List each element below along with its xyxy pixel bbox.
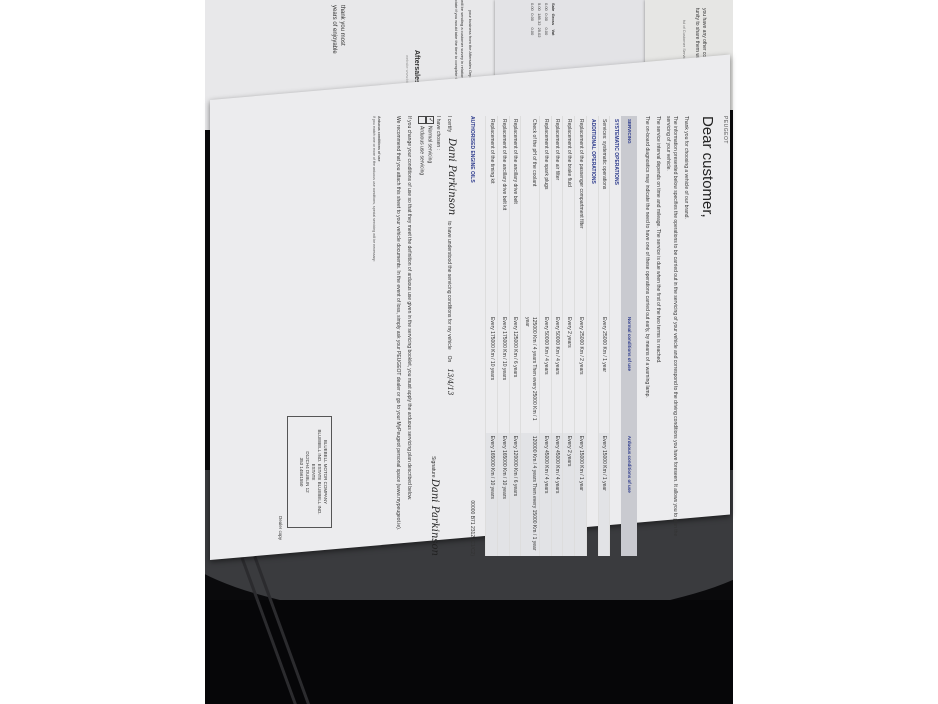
signature-label: Signature (430, 456, 436, 477)
years-text: years of enjoyable (331, 5, 337, 54)
invoice-header: Gross (550, 12, 557, 26)
engine-oils-row: AUTHORISED ENGINE OILS 00000 B71 2312 (C… (468, 116, 475, 556)
arduous-title: Arduous conditions of use (376, 116, 381, 556)
invoice-cell: 185.32 (536, 12, 543, 26)
invoice-cell: 0.00 (529, 26, 536, 38)
info-paragraph: The information presented below specifie… (665, 116, 679, 556)
car-interior-dark (205, 600, 733, 704)
normal-cell: Every 25000 Km / 1 year (598, 314, 610, 433)
signature: Dani Parkinson (429, 479, 440, 556)
operation-cell: Check of the pH of the coolant (521, 116, 540, 314)
invoice-cell: 0.00 (543, 2, 550, 12)
operation-cell: Replacement of the passenger compartment… (575, 116, 587, 314)
table-row: Check of the pH of the coolant125000 Km … (521, 116, 540, 556)
option-arduous-label: Arduous use servicing (419, 126, 425, 175)
normal-cell: Every 125000 Km / 6 years (509, 314, 521, 433)
certify-row: I certify Dani Parkinson to have underst… (445, 116, 459, 556)
invoice-header: Sale (550, 2, 557, 12)
operation-cell: Replacement of the air filter (551, 116, 563, 314)
survey-text-2: ciate if you would take the time to comp… (454, 0, 459, 83)
dealer-stamp: BLUEBELL MOTOR COMPANY BLUEBELL IND. EST… (287, 416, 332, 528)
table-row: Replacement of the spark plugsEvery 5000… (539, 116, 551, 556)
table-row: Replacement of the timing kitEvery 17500… (486, 116, 498, 556)
operation-cell: Replacement of the ancillary drive belt … (497, 116, 509, 314)
greeting: Dear customer, (697, 116, 717, 556)
table-header: SERVICING (621, 116, 637, 314)
change-paragraph: If you change your conditions of use so … (405, 116, 412, 556)
chosen-label: I have chosen : (434, 116, 441, 175)
arduous-cell: 120000 Km / 4 years Then every 15000 Km … (521, 433, 540, 556)
arduous-cell: Every 15000 Km / 1 year (598, 433, 610, 556)
invoice-cell: 0.00 (543, 26, 550, 38)
table-row: Replacement of the brake fluidEvery 2 ye… (563, 116, 575, 556)
dealer-phone: 353 14561550 (298, 417, 304, 527)
arduous-cell: Every 165000 Km / 10 years (486, 433, 498, 556)
thanks-text: thank you most (339, 5, 345, 46)
arduous-cell: Every 165000 Km / 10 years (497, 433, 509, 556)
invoice-cell: 25.02 (536, 26, 543, 38)
recommend-paragraph: We recommend that you attach this sheet … (395, 116, 402, 556)
servicing-document: PEUGEOT Dear customer, Thank you for cho… (208, 116, 728, 556)
servicing-table: SERVICING Normal conditions of use Arduo… (485, 116, 637, 556)
table-row: Replacement of the air filterEvery 50000… (551, 116, 563, 556)
option-normal[interactable]: ✓Normal servicing (426, 116, 434, 175)
operation-cell: Services: systematic operations (598, 116, 610, 314)
engine-oils-label: AUTHORISED ENGINE OILS (468, 116, 475, 183)
copy-label: Dealer copy (277, 516, 283, 540)
engine-oils-value: 00000 B71 2312 (C1/C2) (468, 500, 475, 556)
invoice-table: SaleGrossVat 0.000.000.00 5.00185.3225.0… (529, 2, 557, 38)
section-title: SYSTEMATIC OPERATIONS (610, 116, 621, 556)
operation-cell: Replacement of the spark plugs (539, 116, 551, 314)
on-label: On (445, 356, 452, 363)
section-title: ADDITIONAL OPERATIONS (586, 116, 598, 556)
invoice-cell: 0.00 (529, 2, 536, 12)
dealer-address: BLUEBELL IND. ESTATE BLUEBELL IND. (316, 417, 322, 527)
certify-name: Dani Parkinson (445, 138, 459, 215)
option-normal-label: Normal servicing (427, 126, 433, 163)
normal-cell: Every 175000 Km / 10 years (486, 314, 498, 433)
table-row: Replacement of the ancillary drive belt … (497, 116, 509, 556)
arduous-intro: If you match one or more of the arduous … (371, 116, 376, 556)
normal-cell: Every 50000 Km / 4 years (551, 314, 563, 433)
invoice-header: Vat (550, 26, 557, 38)
dealer-city: D12CH4 DUBLIN 12 (304, 417, 310, 527)
operation-cell: Replacement of the brake fluid (563, 116, 575, 314)
brand-label: PEUGEOT (721, 116, 728, 556)
invoice-cell: 5.00 (536, 2, 543, 12)
normal-cell: Every 25000 Km / 2 years (575, 314, 587, 433)
table-row: Replacement of the ancillary drive beltE… (509, 116, 521, 556)
table-header: Arduous conditions of use (621, 433, 637, 556)
normal-cell: Every 175000 Km / 10 years (497, 314, 509, 433)
arduous-cell: Every 45000 Km / 4 years (539, 433, 551, 556)
operation-cell: Replacement of the timing kit (486, 116, 498, 314)
arduous-cell: Every 120000 Km / 6 years (509, 433, 521, 556)
option-arduous[interactable]: Arduous use servicing (418, 116, 426, 175)
invoice-cell: 0.00 (543, 12, 550, 26)
interval-paragraph: The service interval depends on time and… (654, 116, 661, 556)
arduous-cell: Every 45000 Km / 4 years (551, 433, 563, 556)
table-row: Services: systematic operations Every 25… (598, 116, 610, 556)
intro-text: Thank you for choosing a vehicle of our … (682, 116, 689, 556)
dealer-address: ESTATE (310, 417, 316, 527)
normal-cell: Every 2 years (563, 314, 575, 433)
dealer-name: BLUEBELL MOTOR COMPANY (322, 417, 328, 527)
normal-cell: Every 50000 Km / 4 years (539, 314, 551, 433)
normal-cell: 125000 Km / 4 years Then every 25000 Km … (521, 314, 540, 433)
table-row: Replacement of the passenger compartment… (575, 116, 587, 556)
date-value: 13/4/13 (445, 368, 454, 395)
diagnostics-paragraph: The on-board diagnostics may indicate th… (643, 116, 650, 556)
certify-text: to have understood the servicing conditi… (445, 221, 452, 349)
arduous-cell: Every 15000 Km / 1 year (575, 433, 587, 556)
arduous-advice: Arduous conditions of use If you match o… (371, 116, 381, 556)
checkbox-checked-icon[interactable]: ✓ (426, 116, 434, 124)
certify-label: I certify (445, 116, 452, 132)
table-header: Normal conditions of use (621, 314, 637, 433)
invoice-cell: 0.00 (529, 12, 536, 26)
operation-cell: Replacement of the ancillary drive belt (509, 116, 521, 314)
checkbox-empty-icon[interactable] (418, 116, 426, 124)
arduous-cell: Every 2 years (563, 433, 575, 556)
